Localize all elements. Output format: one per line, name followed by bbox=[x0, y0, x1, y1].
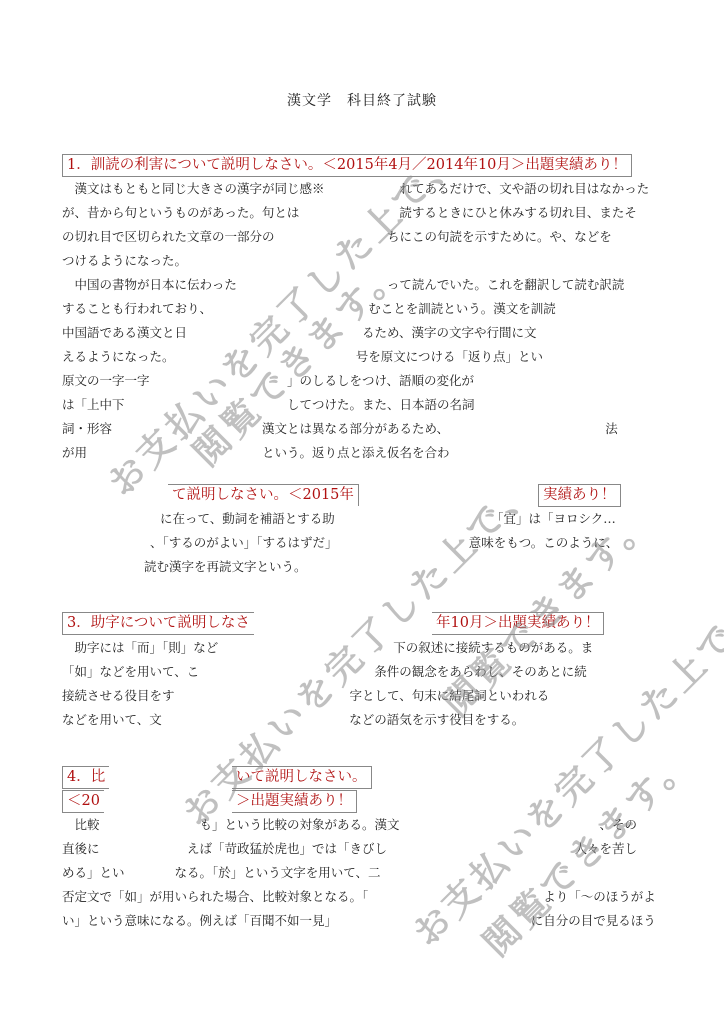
question-2-heading-right: 実績あり！ bbox=[538, 484, 621, 507]
document-title: 漢文学 科目終了試験 bbox=[0, 90, 724, 110]
question-2-heading-left: て説明しなさい。＜2015年 bbox=[168, 484, 359, 506]
question-3-heading-left: 3．助字について説明しなさ bbox=[62, 612, 254, 635]
question-4-heading-line1-left: 4．比 bbox=[62, 766, 109, 789]
question-1-heading: 1．訓読の利害について説明しなさい。＜2015年4月／2014年10月＞出題実績… bbox=[62, 154, 632, 177]
text-line: に在って、動詞を補語とする助 「宜」は「ヨロシク… bbox=[160, 512, 616, 526]
text-line: つけるようになった。 bbox=[62, 254, 187, 268]
text-line: 漢文はもともと同じ大きさの漢字が同じ感※ れてあるだけで、文や語の切れ目はなかっ… bbox=[62, 182, 649, 196]
text-line: い」という意味になる。例えば「百聞不如一見」 に自分の目で見るほう bbox=[62, 914, 656, 928]
text-line: 読む漢字を再読文字という。 bbox=[144, 560, 307, 574]
text-line: 、「するのがよい」「するはずだ」 意味をもつ。このように、 bbox=[150, 536, 618, 550]
text-line: める」とい なる。「於」という文字を用いて、二 bbox=[62, 866, 381, 880]
question-4-heading-line2-left: ＜20 bbox=[62, 790, 104, 813]
question-4-heading-line2-right: ＞出題実績あり！ bbox=[232, 790, 357, 813]
